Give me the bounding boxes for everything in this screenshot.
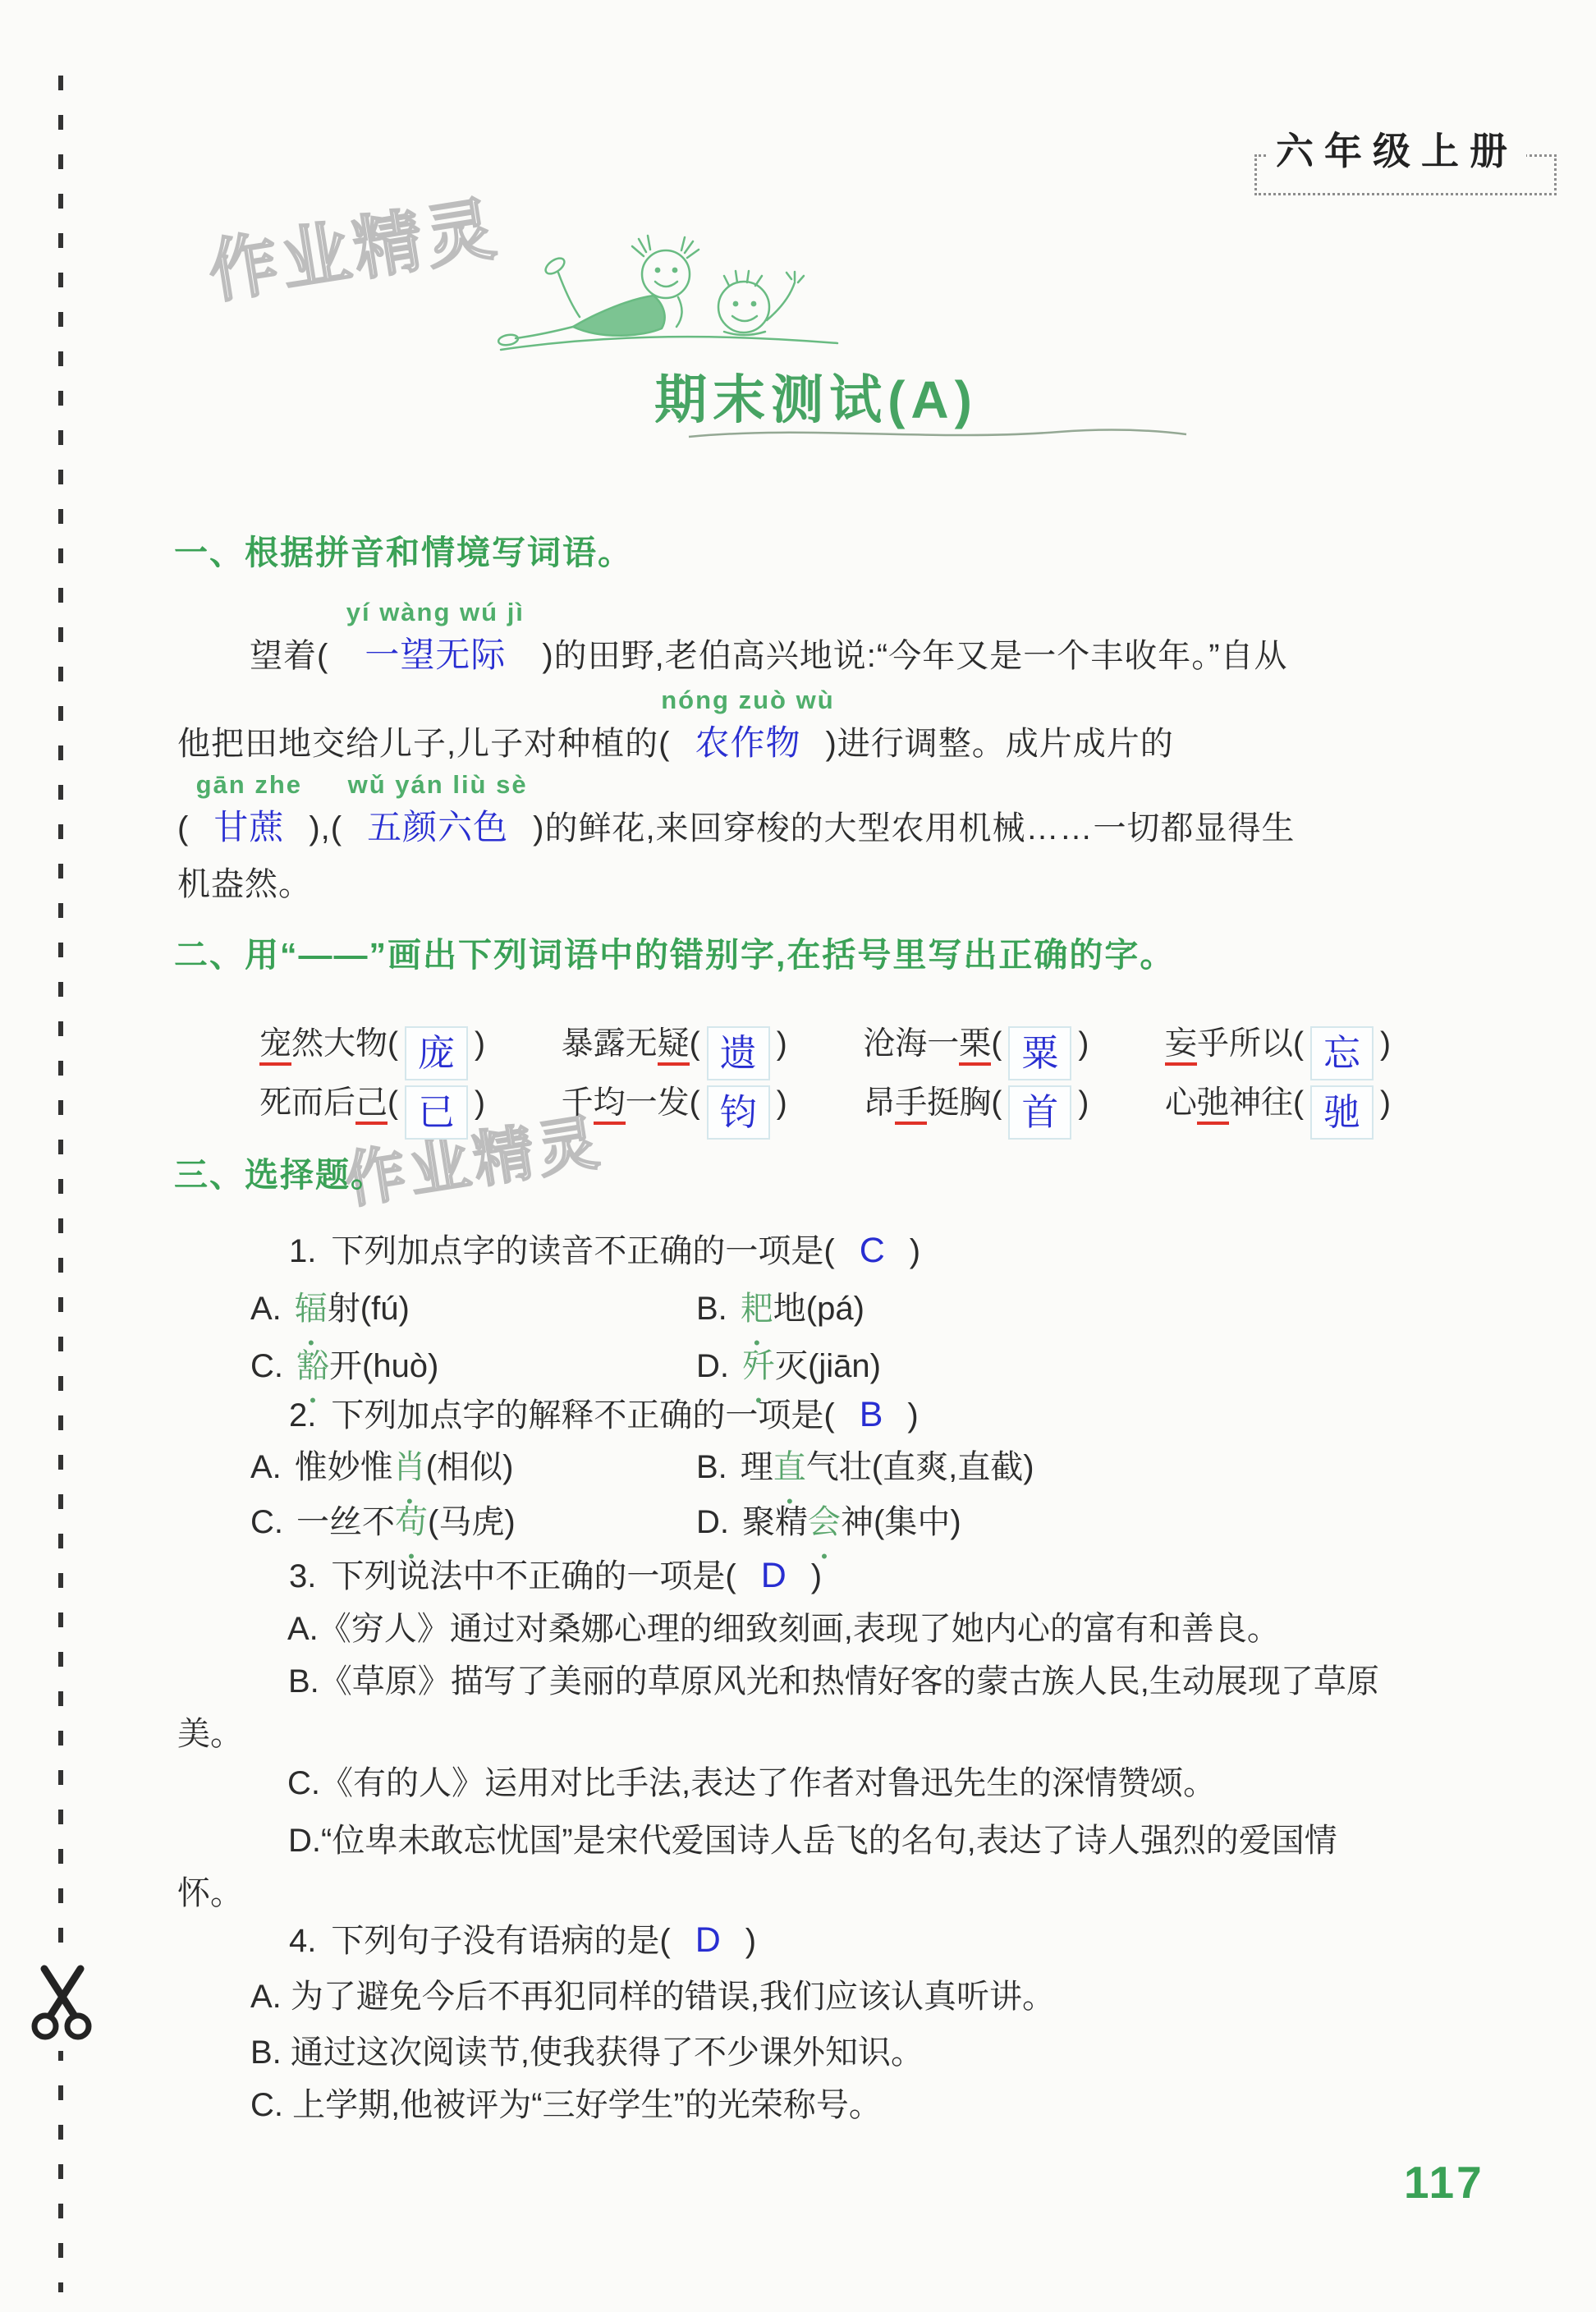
typo-item: 千均一发(钧) [562,1077,787,1140]
answer-box: 忘 [1310,1026,1374,1080]
scissors-icon [20,1959,105,2051]
section3-heading: 三、选择题。 [174,1148,386,1196]
text-segment: (相似) [426,1449,514,1485]
handwritten-answer: C [835,1231,910,1270]
q4-option-a: A. 为了避免今后不再犯同样的错误,我们应该认真听讲。 [250,1970,1055,2017]
q1-option-c: C.豁开(huò) [250,1340,438,1387]
handwritten-answer: 五颜六色 [342,808,533,846]
paren: ( [388,1085,398,1121]
handwritten-answer: 甘蔗 [189,808,309,846]
q3-option-c: C.《有的人》运用对比手法,表达了作者对鲁迅先生的深情赞颂。 [287,1757,1216,1804]
option-label: A. [250,1291,282,1327]
text-segment: ( [177,810,189,846]
handwritten-answer: 一望无际 [328,635,542,674]
section1-line-4: 机盎然。 [177,858,312,905]
text-segment: )的鲜花,来回穿梭的大型农用机械……一切都显得生 [533,810,1295,846]
option-label: D. [696,1504,729,1540]
text-segment: (马虎) [428,1504,516,1540]
paren: ) [910,1233,920,1269]
option-label: A. [250,1449,282,1485]
paren: ) [777,1085,787,1121]
wrong-character: 己 [355,1085,388,1125]
text-segment: 暴露无 [562,1026,658,1062]
paren: ( [1293,1026,1304,1062]
handwritten-answer: D [671,1920,745,1960]
typo-item: 宠然大物(庞) [259,1018,485,1080]
text-segment: 惟妙惟 [295,1449,393,1485]
question-2-stem: 2.下列加点字的解释不正确的一项是(B) [289,1389,919,1436]
question-number: 4. [289,1923,316,1959]
watermark: 作业精灵 [201,173,506,317]
answer-box: 已 [405,1085,468,1140]
text-segment: 气壮(直爽,直截) [806,1449,1034,1485]
emphasized-character: 肖 [393,1441,426,1488]
text-segment: 沧海一 [863,1026,959,1062]
text-segment: 望着( [250,638,328,674]
typo-row-2: 死而后己(已) 千均一发(钧) 昂手挺胸(首) 心弛神往(驰) [259,1077,1391,1140]
text-segment: ),( [309,810,342,846]
q1-option-b: B.耙地(pá) [696,1282,864,1329]
pinyin-hint: yí wàng wú jì [346,598,525,627]
paren: ( [690,1085,700,1121]
q2-option-d: D.聚精会神(集中) [696,1496,961,1543]
handwritten-answer: D [736,1556,811,1595]
text-segment: 死而后 [259,1085,355,1121]
fill-in-answer: nóng zuò wù农作物 [670,716,825,765]
text-segment: 心 [1165,1085,1197,1121]
text-segment: 射(fú) [328,1291,410,1327]
fill-in-answer: wǔ yán liù sè五颜六色 [342,800,533,850]
question-4-stem: 4.下列句子没有语病的是(D) [289,1915,756,1961]
paren: ) [1380,1026,1391,1062]
wrong-character: 弛 [1197,1085,1229,1125]
option-label: C. [250,1348,283,1384]
kids-illustration [491,232,844,375]
text-segment: 开(huò) [329,1348,438,1384]
q2-option-a: A.惟妙惟肖(相似) [250,1441,513,1488]
pinyin-hint: wǔ yán liù sè [348,770,528,800]
option-label: B. [696,1449,727,1485]
typo-item: 昂手挺胸(首) [863,1077,1089,1140]
q1-option-d: D.歼灭(jiān) [696,1340,881,1387]
typo-item: 沧海一栗(粟) [863,1018,1089,1080]
paren: ( [1293,1085,1304,1121]
paren: ) [475,1026,485,1062]
option-label: D. [696,1348,729,1384]
section1-line-3: (gān zhe甘蔗),(wǔ yán liù sè五颜六色)的鲜花,来回穿梭的… [177,800,1296,850]
question-number: 2. [289,1397,316,1434]
q1-option-a: A.辐射(fú) [250,1282,410,1329]
wrong-character: 栗 [959,1026,991,1066]
typo-row-1: 宠然大物(庞) 暴露无疑(遗) 沧海一栗(粟) 妄乎所以(忘) [259,1018,1391,1080]
paren: ) [777,1026,787,1062]
pinyin-hint: nóng zuò wù [661,686,834,715]
paren: ) [907,1397,918,1434]
answer-box: 驰 [1310,1085,1374,1140]
paren: ) [745,1923,756,1959]
paren: ) [811,1558,822,1594]
grade-label: 六年级上册 [1268,122,1526,176]
text-segment: 他把田地交给儿子,儿子对种植的( [177,726,670,762]
text-segment: )的田野,老伯高兴地说:“今年又是一个丰收年。”自从 [542,638,1287,674]
wrong-character: 宠 [259,1026,291,1066]
q2-option-c: C.一丝不苟(马虎) [250,1496,516,1543]
emphasized-character: 会 [808,1496,841,1543]
fill-in-answer: gān zhe甘蔗 [189,800,309,850]
section2-heading: 二、用“——”画出下列词语中的错别字,在括号里写出正确的字。 [174,928,1175,976]
q3-option-d: D.“位卑未敢忘忧国”是宋代爱国诗人岳飞的名句,表达了诗人强烈的爱国情怀。 [177,1814,1392,1920]
emphasized-character: 苟 [395,1496,428,1543]
emphasized-character: 豁 [296,1340,329,1387]
question-3-stem: 3.下列说法中不正确的一项是(D) [289,1550,822,1597]
text-segment: 灭(jiān) [775,1348,881,1384]
paren: ) [1078,1026,1089,1062]
typo-item: 死而后己(已) [259,1077,485,1140]
page-title: 期末测试(A) [0,358,1596,433]
text-segment: 一丝不 [296,1504,395,1540]
q4-option-b: B. 通过这次阅读节,使我获得了不少课外知识。 [250,2026,924,2073]
typo-item: 心弛神往(驰) [1165,1077,1391,1140]
q4-option-c: C. 上学期,他被评为“三好学生”的光荣称号。 [250,2079,882,2126]
text-segment: 乎所以 [1197,1026,1293,1062]
paren: ) [475,1085,485,1121]
paren: ( [991,1085,1002,1121]
question-number: 1. [289,1233,316,1269]
stem-text: 下列加点字的解释不正确的一项是( [331,1397,834,1434]
question-number: 3. [289,1558,316,1594]
option-label: B. [696,1291,727,1327]
option-label: C. [250,1504,283,1540]
emphasized-character: 直 [773,1441,806,1488]
emphasized-character: 耙 [741,1282,773,1329]
q3-option-b: B.《草原》描写了美丽的草原风光和热情好客的蒙古族人民,生动展现了草原美。 [177,1655,1392,1760]
section1-line-2: 他把田地交给儿子,儿子对种植的(nóng zuò wù农作物)进行调整。成片成片… [177,716,1174,765]
answer-box: 粟 [1008,1026,1071,1080]
stem-text: 下列说法中不正确的一项是( [331,1558,736,1594]
text-segment: )进行调整。成片成片的 [825,726,1173,762]
wrong-character: 妄 [1165,1026,1197,1066]
handwritten-answer: 农作物 [670,723,825,762]
title-underline [686,424,1190,445]
paren: ( [388,1026,398,1062]
page-number: 117 [1404,2156,1484,2209]
stem-text: 下列加点字的读音不正确的一项是( [331,1233,834,1269]
section1-heading: 一、根据拼音和情境写词语。 [174,525,633,574]
text-segment: 理 [741,1449,773,1485]
text-segment: 地(pá) [773,1291,864,1327]
text-segment: 千 [562,1085,594,1121]
text-segment: 一发 [626,1085,690,1121]
wrong-character: 手 [895,1085,927,1125]
text-segment: 神(集中) [841,1504,961,1540]
q3-option-a: A.《穷人》通过对桑娜心理的细致刻画,表现了她内心的富有和善良。 [287,1603,1280,1649]
wrong-character: 均 [594,1085,626,1125]
section1-line-1: 望着(yí wàng wú jì一望无际)的田野,老伯高兴地说:“今年又是一个丰… [177,628,1288,677]
emphasized-character: 歼 [742,1340,775,1387]
paren: ) [1380,1085,1391,1121]
answer-box: 钧 [707,1085,770,1140]
answer-box: 遗 [707,1026,770,1080]
text-segment: 昂 [863,1085,895,1121]
emphasized-character: 辐 [295,1282,328,1329]
typo-item: 暴露无疑(遗) [562,1018,787,1080]
question-1-stem: 1.下列加点字的读音不正确的一项是(C) [289,1225,920,1272]
text-segment: 聚精 [742,1504,808,1540]
answer-box: 庞 [405,1026,468,1080]
paren: ( [690,1026,700,1062]
workbook-page: 六年级上册 作业精灵 作业精灵 期末测试(A) [0,0,1596,2312]
text-segment: 挺胸 [927,1085,991,1121]
typo-item: 妄乎所以(忘) [1165,1018,1391,1080]
q2-option-b: B.理直气壮(直爽,直截) [696,1441,1034,1488]
text-segment: 然大物 [291,1026,388,1062]
wrong-character: 疑 [658,1026,690,1066]
paren: ( [991,1026,1002,1062]
pinyin-hint: gān zhe [196,770,302,800]
text-segment: 神往 [1229,1085,1293,1121]
paren: ) [1078,1085,1089,1121]
fill-in-answer: yí wàng wú jì一望无际 [328,628,542,677]
handwritten-answer: B [835,1395,908,1434]
stem-text: 下列句子没有语病的是( [331,1923,670,1959]
answer-box: 首 [1008,1085,1071,1140]
